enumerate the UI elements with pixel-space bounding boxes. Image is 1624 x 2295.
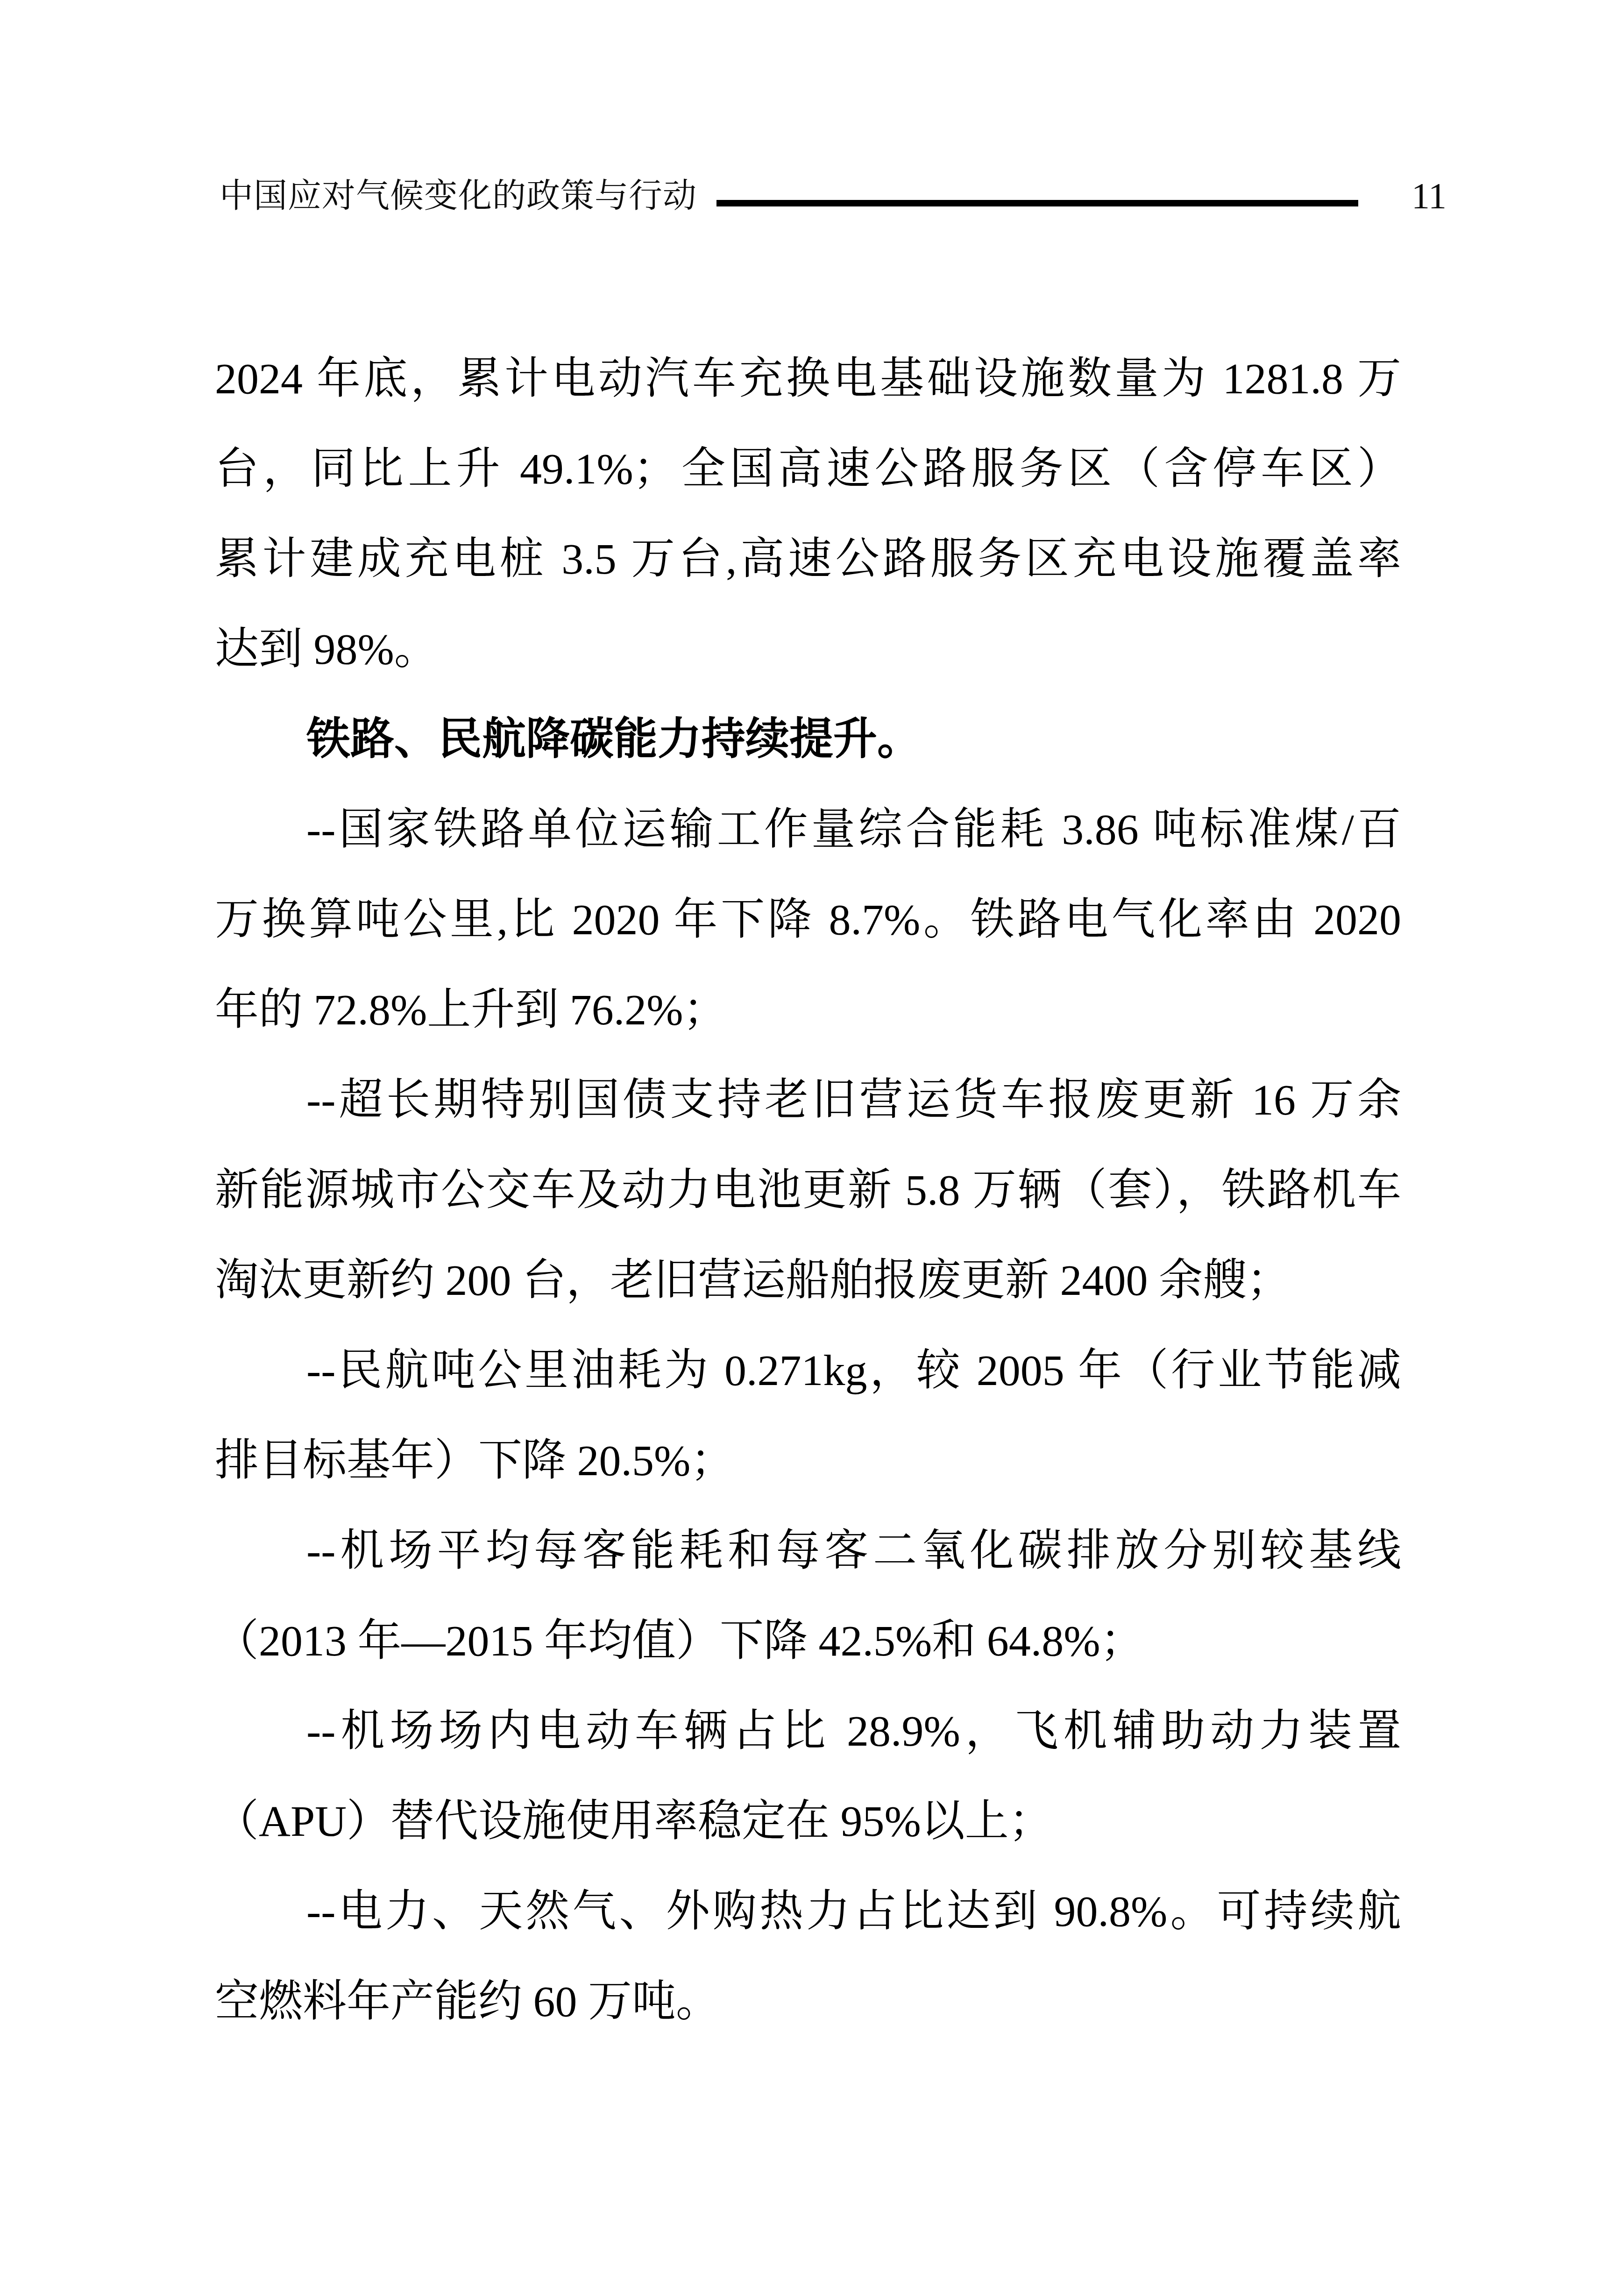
body-line: 2024 年底，累计电动汽车充换电基础设施数量为 1281.8 万 — [215, 334, 1401, 424]
document-body: 2024 年底，累计电动汽车充换电基础设施数量为 1281.8 万 台，同比上升… — [215, 334, 1401, 2047]
body-line: --电力、天然气、外购热力占比达到 90.8%。可持续航 — [215, 1867, 1401, 1957]
body-line: 台，同比上升 49.1%；全国高速公路服务区（含停车区） — [215, 424, 1401, 514]
body-line: （APU）替代设施使用率稳定在 95%以上； — [215, 1776, 1401, 1867]
body-line: 淘汰更新约 200 台，老旧营运船舶报废更新 2400 余艘； — [215, 1236, 1401, 1326]
body-line: 空燃料年产能约 60 万吨。 — [215, 1957, 1401, 2047]
body-line: （2013 年—2015 年均值）下降 42.5%和 64.8%； — [215, 1596, 1401, 1686]
page-number: 11 — [1411, 178, 1447, 214]
body-line: 排目标基年）下降 20.5%； — [215, 1416, 1401, 1506]
document-page: 中国应对气候变化的政策与行动 11 2024 年底，累计电动汽车充换电基础设施数… — [0, 0, 1624, 2295]
body-line: 新能源城市公交车及动力电池更新 5.8 万辆（套），铁路机车 — [215, 1145, 1401, 1236]
body-line: --民航吨公里油耗为 0.271kg，较 2005 年（行业节能减 — [215, 1326, 1401, 1416]
body-line: --机场平均每客能耗和每客二氧化碳排放分别较基线 — [215, 1506, 1401, 1596]
page-header: 中国应对气候变化的政策与行动 11 — [0, 0, 1624, 262]
header-title: 中国应对气候变化的政策与行动 — [220, 179, 697, 213]
body-line: 累计建成充电桩 3.5 万台,高速公路服务区充电设施覆盖率 — [215, 514, 1401, 604]
body-line: --国家铁路单位运输工作量综合能耗 3.86 吨标准煤/百 — [215, 785, 1401, 875]
body-line: 万换算吨公里,比 2020 年下降 8.7%。铁路电气化率由 2020 — [215, 875, 1401, 965]
body-line: --超长期特别国债支持老旧营运货车报废更新 16 万余辆， — [215, 1055, 1401, 1145]
body-line: 达到 98%。 — [215, 604, 1401, 695]
header-rule — [716, 200, 1358, 206]
body-line: 年的 72.8%上升到 76.2%； — [215, 965, 1401, 1055]
section-heading: 铁路、民航降碳能力持续提升。 — [215, 695, 1401, 785]
body-line: --机场场内电动车辆占比 28.9%，飞机辅助动力装置 — [215, 1686, 1401, 1776]
